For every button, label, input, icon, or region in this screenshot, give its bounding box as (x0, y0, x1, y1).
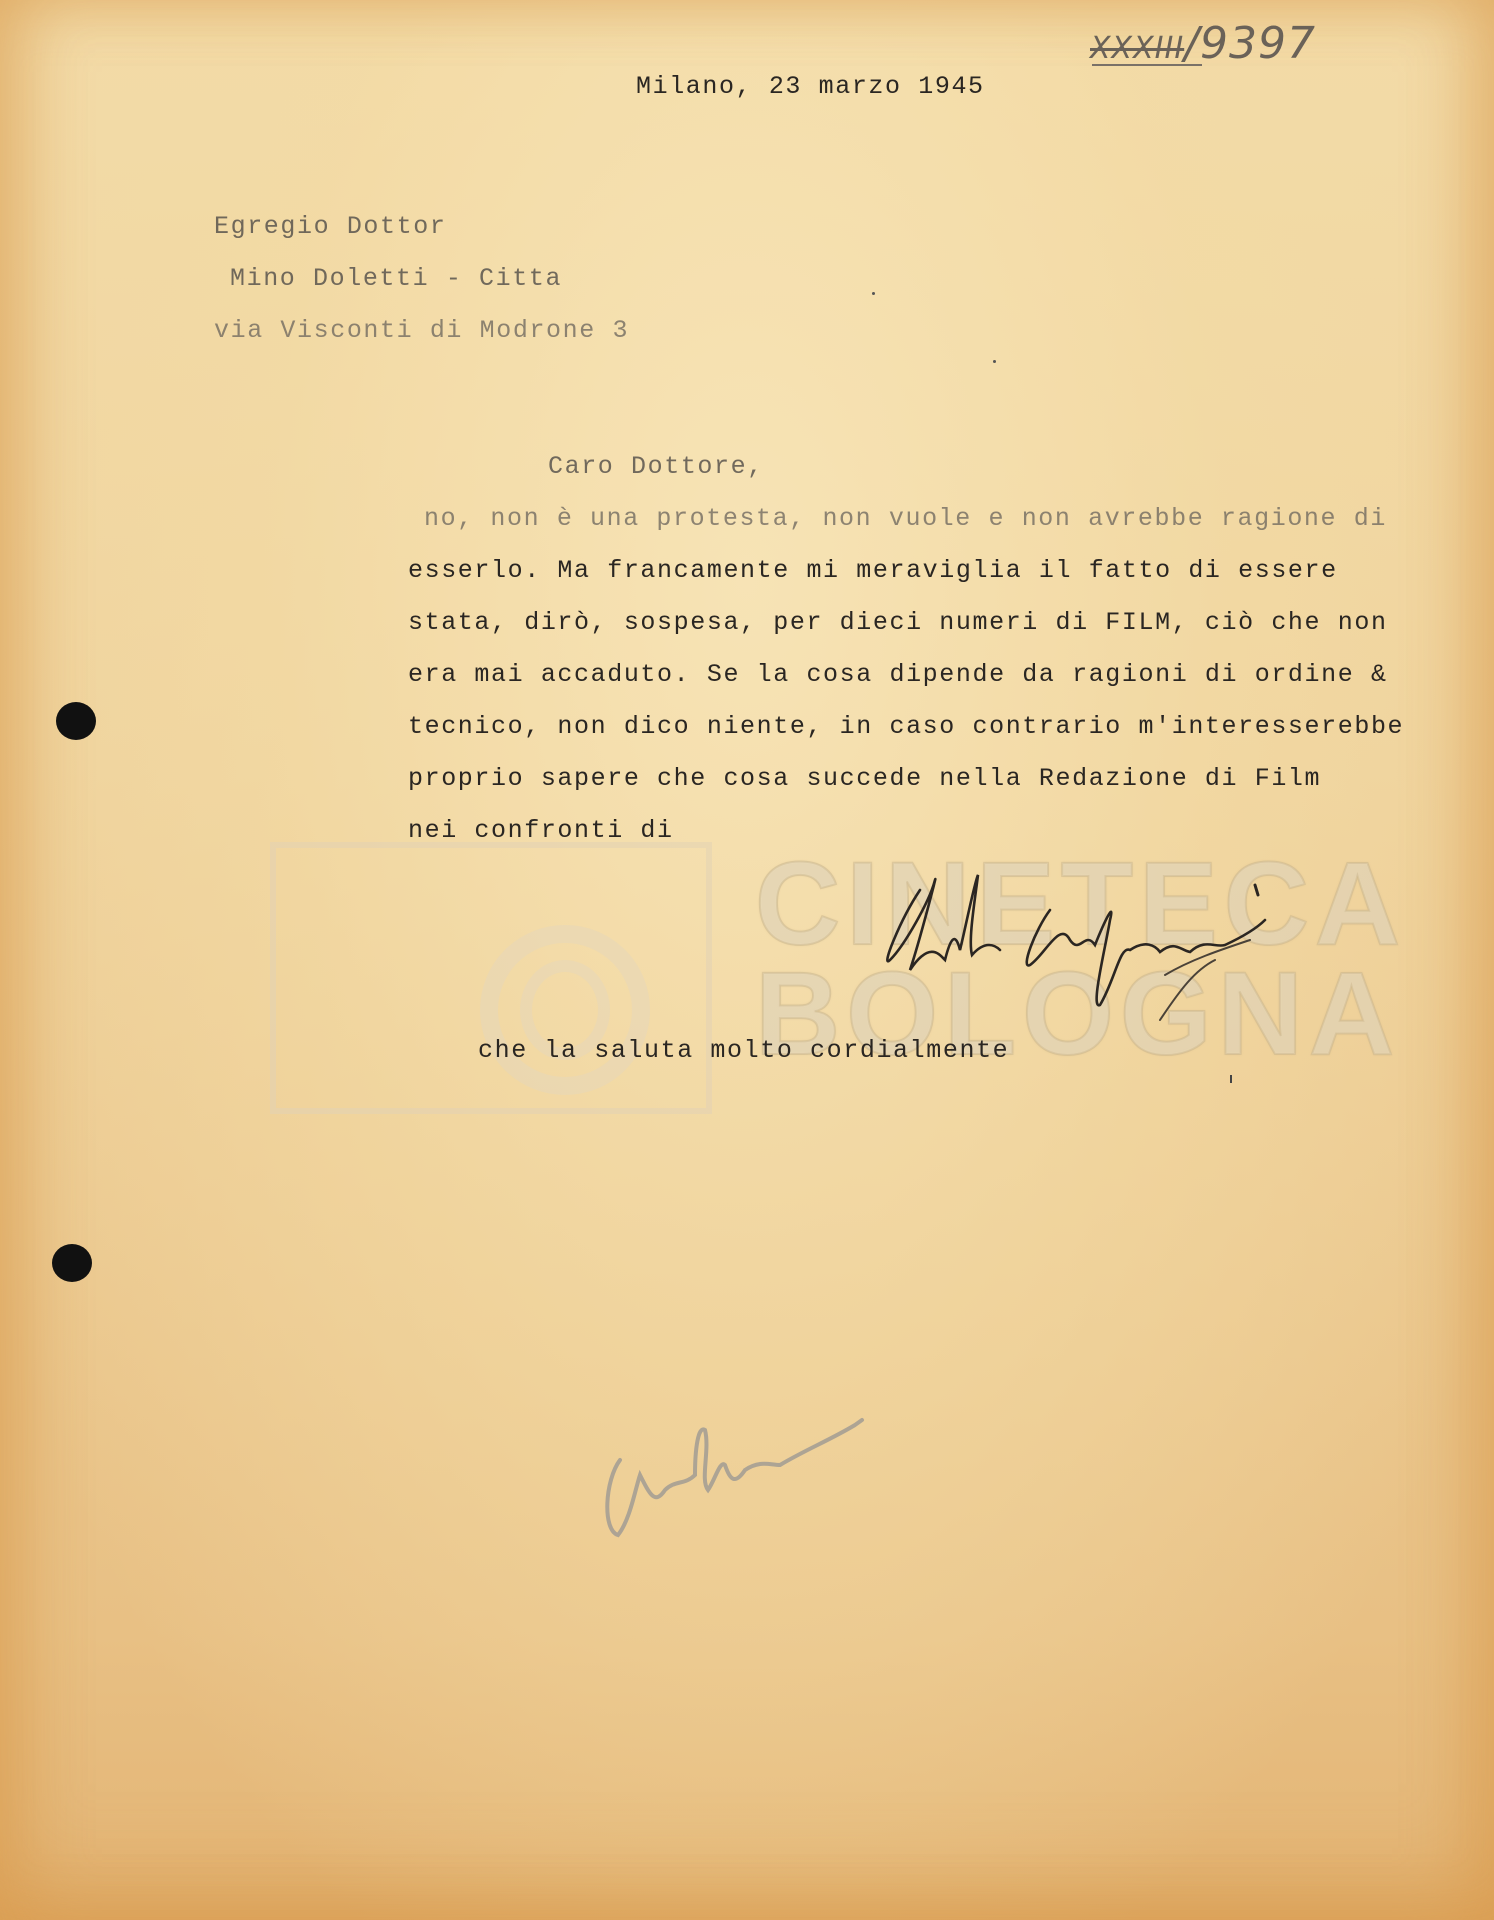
signature (860, 860, 1280, 1050)
archive-roman: XXXIII (1090, 31, 1184, 66)
punch-hole-bottom (52, 1244, 92, 1282)
letter-page: CINETECA BOLOGNA XXXIII/9397 Milano, 23 … (0, 0, 1494, 1920)
pencil-annotation (600, 1410, 870, 1550)
body-line-5: tecnico, non dico niente, in caso contra… (408, 712, 1404, 741)
body-line-4: era mai accaduto. Se la cosa dipende da … (408, 660, 1388, 689)
archive-slash: / (1184, 18, 1200, 69)
body-line-2: esserlo. Ma francamente mi meraviglia il… (408, 556, 1338, 585)
stray-mark (1230, 1075, 1232, 1083)
archive-number: 9397 (1200, 18, 1316, 69)
archive-underline (1092, 64, 1202, 66)
body-line-3: stata, dirò, sospesa, per dieci numeri d… (408, 608, 1388, 637)
recipient-line3: via Visconti di Modrone 3 (214, 316, 629, 345)
archive-reference: XXXIII/9397 (1090, 18, 1316, 69)
place-date: Milano, 23 marzo 1945 (636, 72, 985, 101)
closing: che la saluta molto cordialmente (478, 1036, 1009, 1065)
body-line-1: no, non è una protesta, non vuole e non … (424, 504, 1387, 533)
salutation: Caro Dottore, (548, 452, 764, 481)
body-line-7: nei confronti di (408, 816, 674, 845)
stray-mark (872, 292, 875, 295)
body-line-6: proprio sapere che cosa succede nella Re… (408, 764, 1321, 793)
recipient-line2: Mino Doletti - Citta (230, 264, 562, 293)
stray-mark (993, 360, 996, 363)
recipient-line1: Egregio Dottor (214, 212, 446, 241)
punch-hole-top (56, 702, 96, 740)
